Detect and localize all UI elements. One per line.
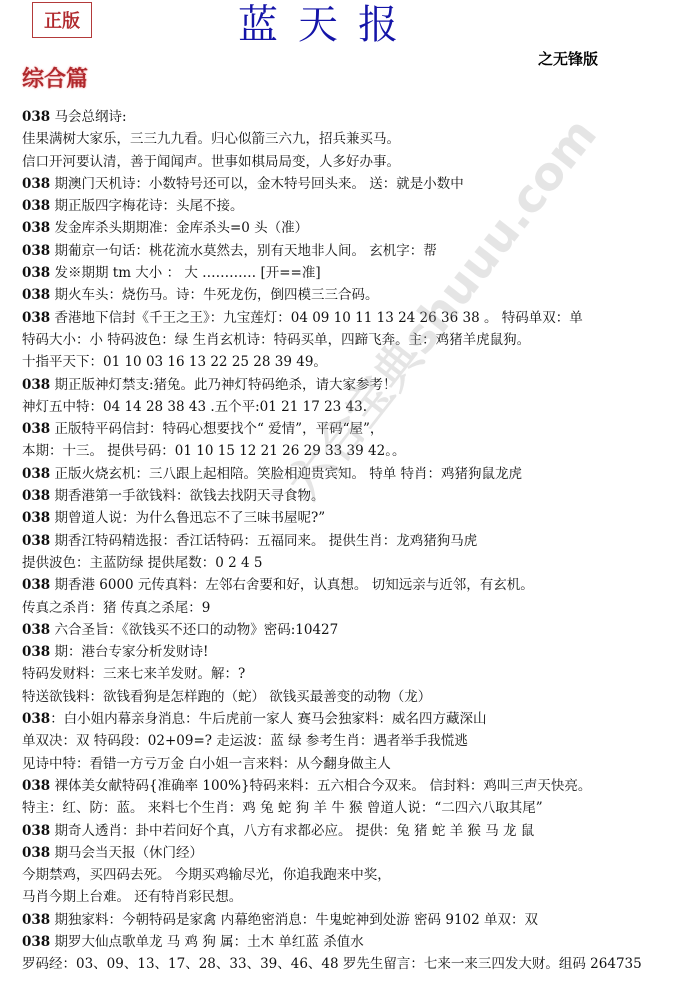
line-text: 马会总纲诗: (50, 109, 126, 125)
text-line: 038 正版特平码信封：特码心想要找个“ 爱情”，平码“屋”， (22, 418, 682, 440)
text-line: 传真之杀肖：猪 传真之杀尾：9 (22, 597, 682, 619)
text-line: 038 期马会当天报（休门经） (22, 842, 682, 864)
text-line: 038 香港地下信封《千王之王》：九宝莲灯：04 09 10 11 13 24 … (22, 307, 682, 329)
text-line: 038 期香港 6000 元传真料：左邻右舍要和好，认真想。 切知远亲与近邻，有… (22, 574, 682, 596)
text-line: 特码发财料：三来七来羊发财。解：? (22, 663, 682, 685)
text-line: 038 期：港台专家分析发财诗! (22, 641, 682, 663)
text-line: 038 期正版神灯禁支:猪兔。此乃神灯特码绝杀，请大家参考！ (22, 374, 682, 396)
edition-label: 之无锋版 (538, 48, 598, 69)
issue-number: 038 (22, 421, 50, 437)
issue-number: 038 (22, 287, 50, 303)
line-text: 期正版四字梅花诗：头尾不接。 (50, 198, 243, 214)
line-text: 期火车头：烧伤马。诗：牛死龙伤，倒四模三三合码。 (50, 287, 378, 303)
text-line: 038：白小姐内幕亲身消息：牛后虎前一家人 赛马会独家料：威名四方藏深山 (22, 708, 682, 730)
issue-number: 038 (22, 109, 50, 125)
line-text: 期罗大仙点歌单龙 马 鸡 狗 属：土木 单红蓝 杀值水 (50, 934, 364, 950)
line-text: ：白小姐内幕亲身消息：牛后虎前一家人 赛马会独家料：威名四方藏深山 (50, 711, 486, 727)
line-text: 期澳门天机诗：小数特号还可以，金木特号回头来。 送：就是小数中 (50, 176, 464, 192)
text-line: 特码大小：小 特码波色：绿 生肖玄机诗：特码买单，四蹄飞奔。主：鸡猪羊虎鼠狗。 (22, 329, 682, 351)
line-text: 期马会当天报（休门经） (50, 845, 203, 861)
line-text: 期：港台专家分析发财诗! (50, 644, 208, 660)
issue-number: 038 (22, 823, 50, 839)
text-line: 038 期曾道人说：为什么鲁迅忘不了三味书屋呢?” (22, 507, 682, 529)
issue-number: 038 (22, 622, 50, 638)
line-text: 裸体美女献特码{准确率 100%}特码来料：五六相合今双来。 信封料：鸡叫三声天… (50, 778, 591, 794)
text-line: 038 期火车头：烧伤马。诗：牛死龙伤，倒四模三三合码。 (22, 284, 682, 306)
text-line: 特送欲钱料：欲钱看狗是怎样跑的（蛇） 欲钱买最善变的动物（龙） (22, 686, 682, 708)
issue-number: 038 (22, 198, 50, 214)
line-text: 传真之杀肖：猪 传真之杀尾：9 (22, 600, 210, 616)
text-line: 038 裸体美女献特码{准确率 100%}特码来料：五六相合今双来。 信封料：鸡… (22, 775, 682, 797)
text-line: 信口开河要认清，善于闻闻声。世事如棋局局变，人多好办事。 (22, 151, 682, 173)
line-text: 见诗中特：看错一方亏万金 白小姐一言来料：从今翻身做主人 (22, 756, 391, 772)
text-line: 见诗中特：看错一方亏万金 白小姐一言来料：从今翻身做主人 (22, 753, 682, 775)
line-text: 特码大小：小 特码波色：绿 生肖玄机诗：特码买单，四蹄飞奔。主：鸡猪羊虎鼠狗。 (22, 332, 530, 348)
issue-number: 038 (22, 377, 50, 393)
text-line: 038 马会总纲诗: (22, 106, 682, 128)
line-text: 特码发财料：三来七来羊发财。解：? (22, 666, 245, 682)
line-text: 期正版神灯禁支:猪兔。此乃神灯特码绝杀，请大家参考！ (50, 377, 396, 393)
issue-number: 038 (22, 577, 50, 593)
issue-number: 038 (22, 644, 50, 660)
line-text: 期曾道人说：为什么鲁迅忘不了三味书屋呢?” (50, 510, 325, 526)
text-line: 038 发金库杀头期期准：金库杀头=0 头（准） (22, 217, 682, 239)
text-line: 本期：十三。 提供号码：01 10 15 12 21 26 29 33 39 4… (22, 440, 682, 462)
issue-number: 038 (22, 845, 50, 861)
text-line: 神灯五中特：04 14 28 38 43 .五个平:01 21 17 23 43… (22, 396, 682, 418)
line-text: 神灯五中特：04 14 28 38 43 .五个平:01 21 17 23 43… (22, 399, 367, 415)
text-line: 038 期葡京一句话：桃花流水莫然去，别有天地非人间。 玄机字：帮 (22, 240, 682, 262)
issue-number: 038 (22, 778, 50, 794)
text-line: 罗码经：03、09、13、17、28、33、39、46、48 罗先生留言：七来一… (22, 953, 682, 975)
line-text: 本期：十三。 提供号码：01 10 15 12 21 26 29 33 39 4… (22, 443, 405, 459)
text-line: 佳果满树大家乐，三三九九看。归心似箭三六九，招兵兼买马。 (22, 128, 682, 150)
text-line: 038 期罗大仙点歌单龙 马 鸡 狗 属：土木 单红蓝 杀值水 (22, 931, 682, 953)
text-line: 今期禁鸡，买四码去死。 今期买鸡输尽光，你追我跑来中奖， (22, 864, 682, 886)
line-text: 期香江特码精选报：香江话特码：五福同来。 提供生肖：龙鸡猪狗马虎 (50, 533, 477, 549)
line-text: 今期禁鸡，买四码去死。 今期买鸡输尽光，你追我跑来中奖， (22, 867, 391, 883)
line-text: 正版火烧玄机：三八跟上起相陪。笑脸相迎贵宾知。 特单 特肖：鸡猪狗鼠龙虎 (50, 466, 522, 482)
issue-number: 038 (22, 220, 50, 236)
issue-number: 038 (22, 488, 50, 504)
text-line: 038 期独家料：今朝特码是家禽 内幕绝密消息：牛鬼蛇神到处游 密码 9102 … (22, 909, 682, 931)
text-line: 单双决：双 特码段：02+09=? 走运波：蓝 绿 参考生肖：遇者举手我慌逃 (22, 730, 682, 752)
line-text: 期奇人透肖：卦中若问好个真，八方有求都必应。 提供：兔 猪 蛇 羊 猴 马 龙 … (50, 823, 534, 839)
line-text: 信口开河要认清，善于闻闻声。世事如棋局局变，人多好办事。 (22, 154, 400, 170)
issue-number: 038 (22, 912, 50, 928)
issue-number: 038 (22, 176, 50, 192)
issue-number: 038 (22, 711, 50, 727)
issue-number: 038 (22, 265, 50, 281)
line-text: 单双决：双 特码段：02+09=? 走运波：蓝 绿 参考生肖：遇者举手我慌逃 (22, 733, 468, 749)
official-edition-stamp: 正版 (32, 2, 92, 38)
line-text: 期独家料：今朝特码是家禽 内幕绝密消息：牛鬼蛇神到处游 密码 9102 单双：双 (50, 912, 538, 928)
line-text: 特主：红、防：蓝。 来料七个生肖：鸡 兔 蛇 狗 羊 牛 猴 曾道人说：“二四六… (22, 800, 543, 816)
article-body: 038 马会总纲诗:佳果满树大家乐，三三九九看。归心似箭三六九，招兵兼买马。信口… (22, 106, 682, 976)
line-text: 佳果满树大家乐，三三九九看。归心似箭三六九，招兵兼买马。 (22, 131, 400, 147)
text-line: 038 期正版四字梅花诗：头尾不接。 (22, 195, 682, 217)
text-line: 038 期香江特码精选报：香江话特码：五福同来。 提供生肖：龙鸡猪狗马虎 (22, 530, 682, 552)
line-text: 香港地下信封《千王之王》：九宝莲灯：04 09 10 11 13 24 26 3… (50, 310, 583, 326)
line-text: 发金库杀头期期准：金库杀头=0 头（准） (50, 220, 308, 236)
line-text: 期香港第一手欲钱料：欲钱去找阴天寻食物。 (50, 488, 324, 504)
text-line: 038 六合圣旨：《欲钱买不还口的动物》密码:10427 (22, 619, 682, 641)
text-line: 038 期香港第一手欲钱料：欲钱去找阴天寻食物。 (22, 485, 682, 507)
line-text: 正版特平码信封：特码心想要找个“ 爱情”，平码“屋”， (50, 421, 383, 437)
section-heading: 综合篇 (22, 62, 88, 93)
text-line: 特主：红、防：蓝。 来料七个生肖：鸡 兔 蛇 狗 羊 牛 猴 曾道人说：“二四六… (22, 797, 682, 819)
issue-number: 038 (22, 934, 50, 950)
line-text: 十指平天下：01 10 03 16 13 22 25 28 39 49。 (22, 354, 327, 370)
line-text: 期葡京一句话：桃花流水莫然去，别有天地非人间。 玄机字：帮 (50, 243, 437, 259)
line-text: 期香港 6000 元传真料：左邻右舍要和好，认真想。 切知远亲与近邻，有玄机。 (50, 577, 534, 593)
text-line: 038 期奇人透肖：卦中若问好个真，八方有求都必应。 提供：兔 猪 蛇 羊 猴 … (22, 820, 682, 842)
line-text: 提供波色：主蓝防绿 提供尾数：0 2 4 5 (22, 555, 263, 571)
issue-number: 038 (22, 510, 50, 526)
issue-number: 038 (22, 533, 50, 549)
line-text: 马肖今期上台难。 还有特肖彩民想。 (22, 889, 242, 905)
text-line: 038 发※期期 tm 大小 ： 大 ………… [开==准] (22, 262, 682, 284)
line-text: 发※期期 tm 大小 ： 大 ………… [开==准] (50, 265, 320, 281)
issue-number: 038 (22, 310, 50, 326)
issue-number: 038 (22, 243, 50, 259)
text-line: 038 正版火烧玄机：三八跟上起相陪。笑脸相迎贵宾知。 特单 特肖：鸡猪狗鼠龙虎 (22, 463, 682, 485)
line-text: 六合圣旨：《欲钱买不还口的动物》密码:10427 (50, 622, 338, 638)
text-line: 提供波色：主蓝防绿 提供尾数：0 2 4 5 (22, 552, 682, 574)
text-line: 038 期澳门天机诗：小数特号还可以，金木特号回头来。 送：就是小数中 (22, 173, 682, 195)
text-line: 马肖今期上台难。 还有特肖彩民想。 (22, 886, 682, 908)
line-text: 罗码经：03、09、13、17、28、33、39、46、48 罗先生留言：七来一… (22, 956, 642, 972)
page-title: 蓝天报 (238, 2, 418, 48)
issue-number: 038 (22, 466, 50, 482)
text-line: 十指平天下：01 10 03 16 13 22 25 28 39 49。 (22, 351, 682, 373)
line-text: 特送欲钱料：欲钱看狗是怎样跑的（蛇） 欲钱买最善变的动物（龙） (22, 689, 431, 705)
